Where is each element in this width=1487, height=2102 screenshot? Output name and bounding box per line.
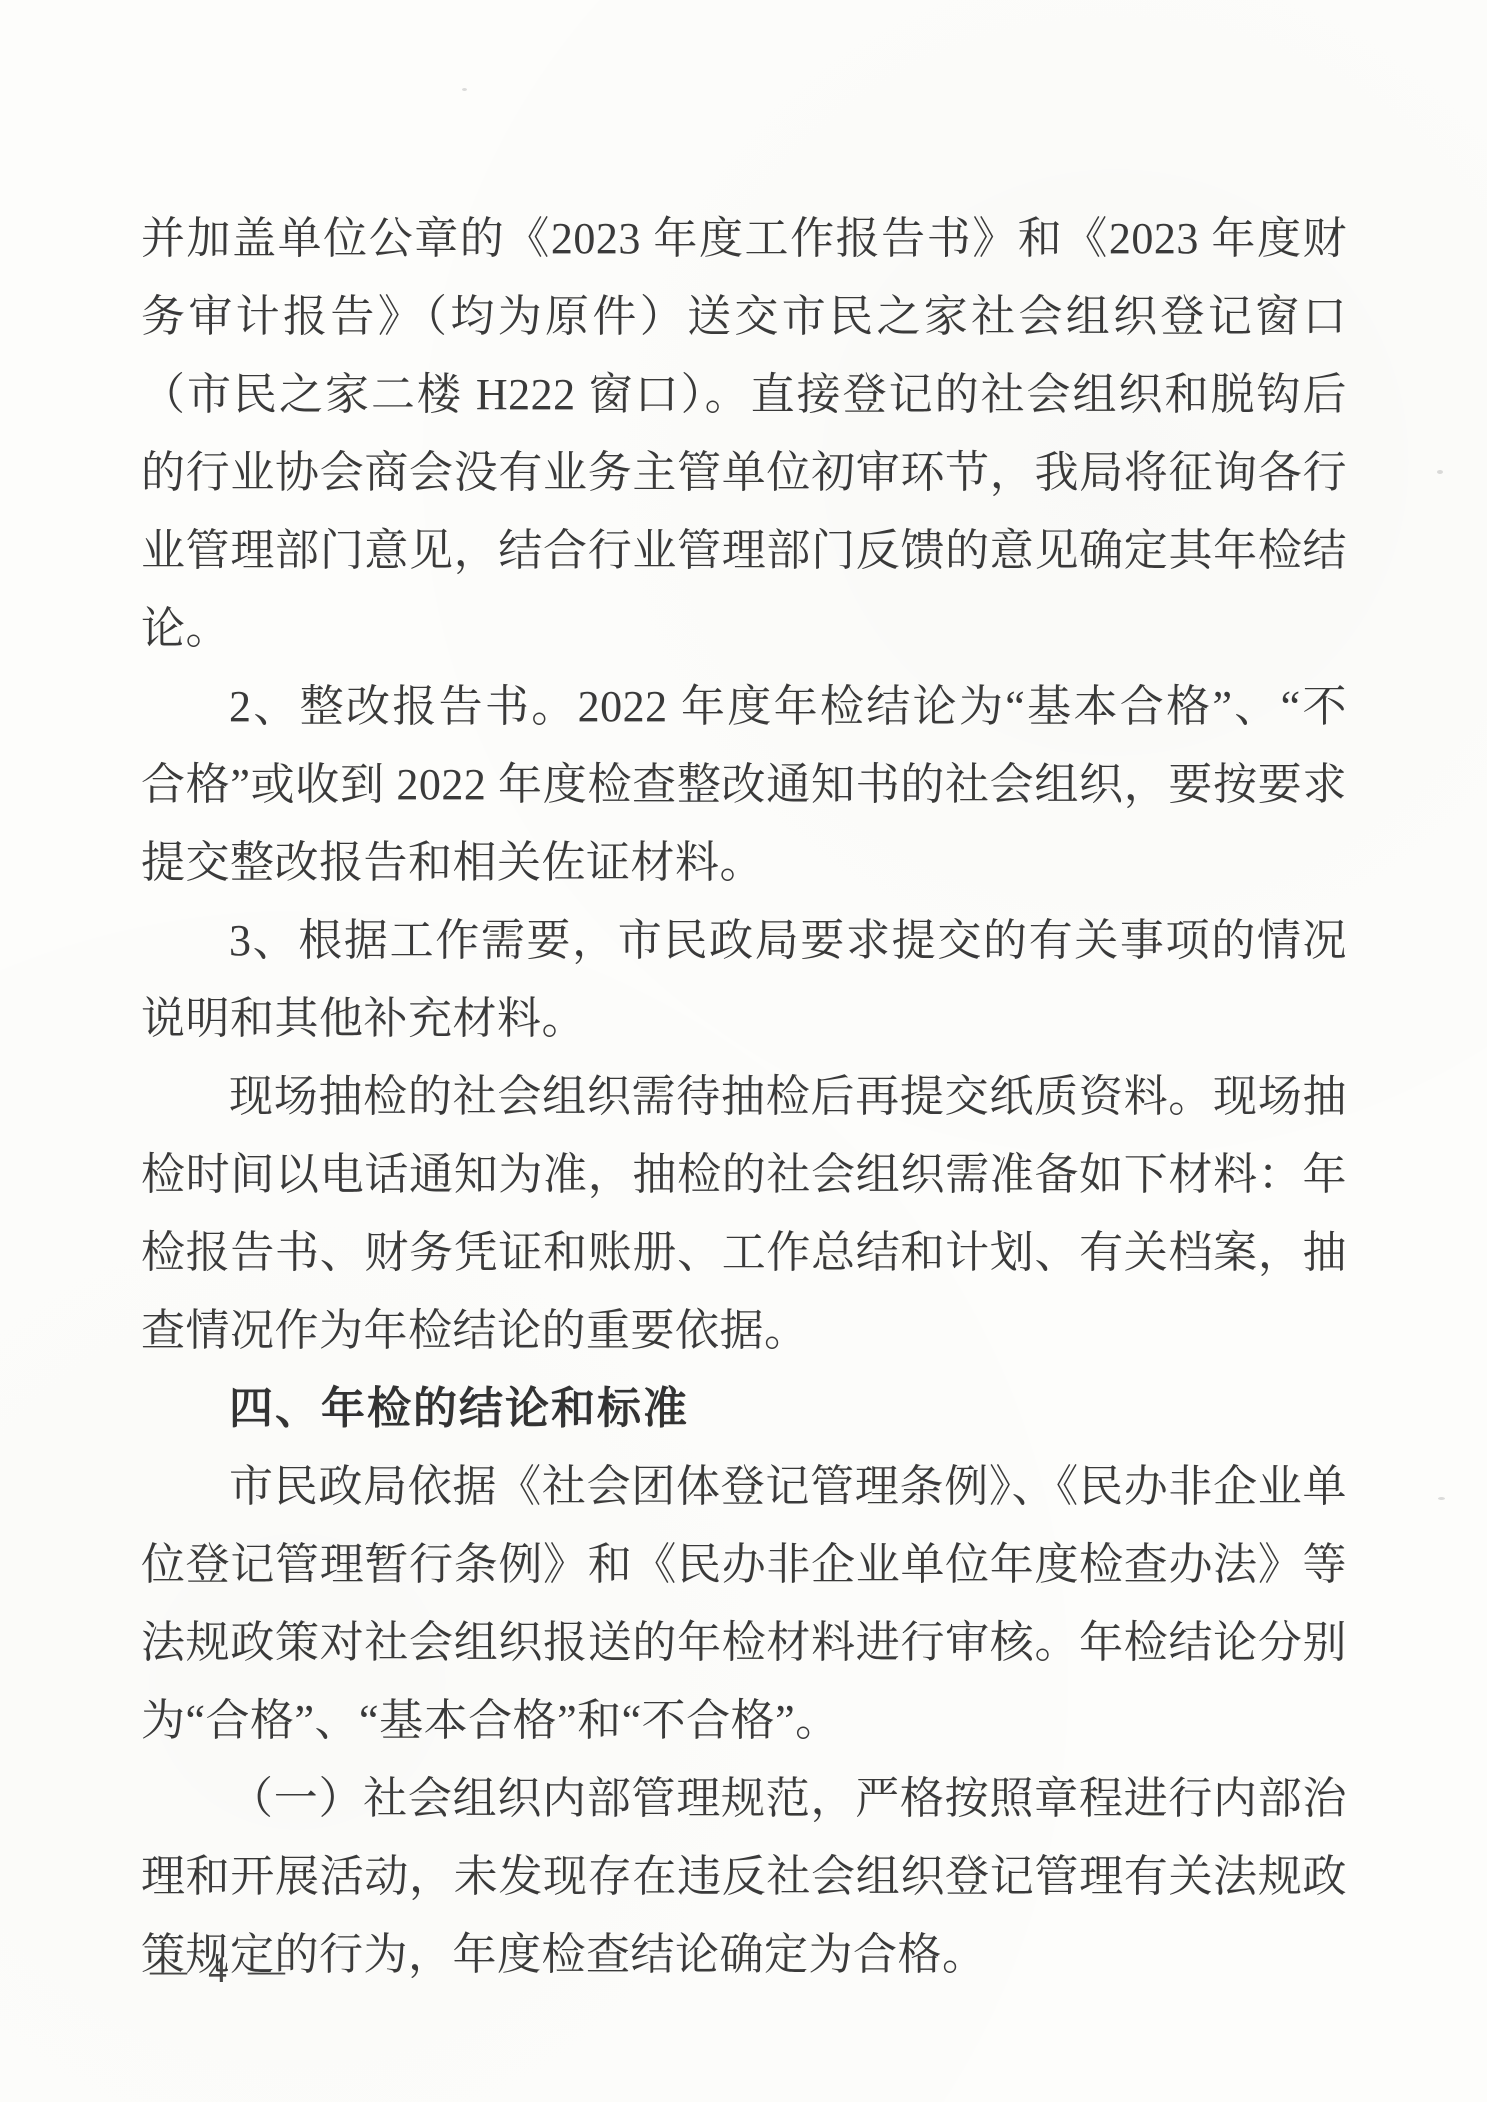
document-body: 并加盖单位公章的《2023 年度工作报告书》和《2023 年度财务审计报告》（均… [141, 200, 1347, 1994]
scan-speck [1046, 1106, 1051, 1110]
paragraph-submission-requirements: 并加盖单位公章的《2023 年度工作报告书》和《2023 年度财务审计报告》（均… [141, 200, 1347, 668]
paragraph-rectification-report: 2、整改报告书。2022 年度年检结论为“基本合格”、“不合格”或收到 2022… [141, 668, 1347, 902]
paragraph-supplementary-materials: 3、根据工作需要，市民政局要求提交的有关事项的情况说明和其他补充材料。 [141, 902, 1347, 1058]
page-number: — 4 — [150, 1948, 291, 1994]
scan-speck [462, 88, 467, 91]
scanned-document-page: 并加盖单位公章的《2023 年度工作报告书》和《2023 年度财务审计报告》（均… [0, 0, 1487, 2102]
paragraph-onsite-spot-check: 现场抽检的社会组织需待抽检后再提交纸质资料。现场抽检时间以电话通知为准，抽检的社… [141, 1058, 1347, 1370]
paragraph-qualified-criteria: （一）社会组织内部管理规范，严格按照章程进行内部治理和开展活动，未发现存在违反社… [141, 1760, 1347, 1994]
paragraph-review-basis: 市民政局依据《社会团体登记管理条例》、《民办非企业单位登记管理暂行条例》和《民办… [141, 1448, 1347, 1760]
scan-speck [1438, 1497, 1445, 1500]
scan-speck [1437, 470, 1443, 474]
section-heading-conclusion-standards: 四、年检的结论和标准 [141, 1370, 1347, 1448]
